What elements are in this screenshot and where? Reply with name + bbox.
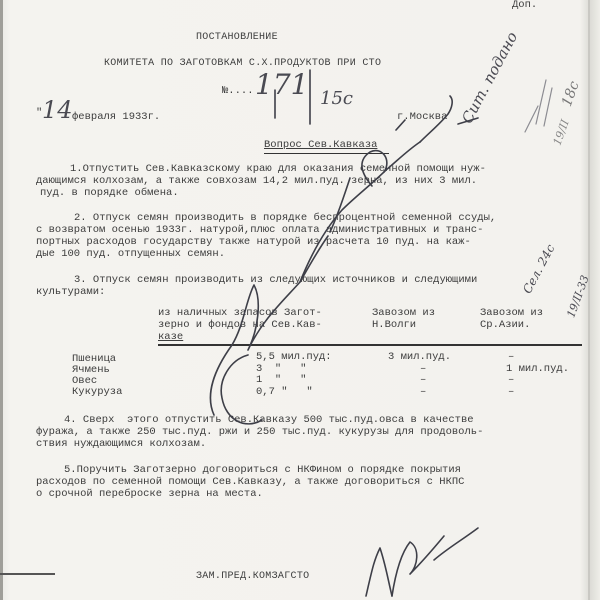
resolution-number-handwritten: 171 bbox=[255, 68, 308, 101]
page-right-fold bbox=[588, 0, 590, 600]
table-header: из наличных запасов Загот- bbox=[158, 308, 322, 319]
table-cell-asia: – bbox=[508, 387, 514, 398]
paragraph-line: дые 100 пуд. отпущенных семян. bbox=[36, 249, 225, 260]
table-header: Завозом из bbox=[372, 308, 435, 319]
paragraph-line: расходов по семенной помощи Сев.Кавказу,… bbox=[36, 477, 464, 488]
paragraph-line: культурами: bbox=[36, 287, 105, 298]
paragraph-line: 5.Поручить Заготзерно договориться с НКФ… bbox=[64, 465, 461, 476]
paragraph-line: пуд. в порядке обмена. bbox=[40, 188, 179, 199]
date-day-handwritten: 14 bbox=[42, 96, 73, 124]
paragraph-line: 2. Отпуск семян производить в порядке бе… bbox=[74, 213, 496, 224]
table-cell-local: 1 " " bbox=[256, 375, 306, 386]
date-text: февраля 1933г. bbox=[72, 112, 160, 123]
paragraph-line: ствия нуждающимся колхозам. bbox=[36, 439, 206, 450]
table-cell-crop: Кукуруза bbox=[72, 387, 122, 398]
paragraph-line: 4. Сверх этого отпустить Сев.Кавказу 500… bbox=[64, 415, 474, 426]
paragraph-line: 1.Отпустить Сев.Кавказскому краю для ока… bbox=[70, 164, 486, 175]
paragraph-line: портных расходов государству также натур… bbox=[36, 237, 471, 248]
paragraph-line: дающимся колхозам, а также совхозам 14,2… bbox=[36, 176, 477, 187]
paragraph-line: с возвратом осенью 1933г. натурой,плюс о… bbox=[36, 225, 483, 236]
table-cell-asia: – bbox=[508, 375, 514, 386]
table-cell-asia: 1 мил.пуд. bbox=[506, 364, 569, 375]
page-left-edge bbox=[0, 0, 3, 600]
handwritten-note: 18с bbox=[559, 79, 583, 109]
table-cell-volga: – bbox=[420, 375, 426, 386]
table-cell-asia: – bbox=[508, 352, 514, 363]
document-title: ПОСТАНОВЛЕНИЕ bbox=[196, 32, 278, 43]
table-cell-local: 5,5 мил.пуд: bbox=[256, 352, 332, 363]
place: г.Москва bbox=[397, 112, 447, 123]
resolution-number-suffix: 15с bbox=[320, 88, 353, 109]
table-header: Ср.Азии. bbox=[480, 320, 530, 331]
table-header: зерно и фондов на Сев.Кав- bbox=[158, 320, 322, 331]
subject-underline bbox=[264, 153, 389, 154]
table-header: Н.Волги bbox=[372, 320, 416, 331]
table-cell-volga: 3 мил.пуд. bbox=[388, 352, 451, 363]
handwritten-note: Сел. 24с bbox=[520, 242, 558, 296]
paragraph-line: 3. Отпуск семян производить из следующих… bbox=[74, 275, 477, 286]
table-header: Завозом из bbox=[480, 308, 543, 319]
table-cell-volga: – bbox=[420, 387, 426, 398]
table-header-rule bbox=[158, 344, 582, 346]
margin-dash bbox=[0, 573, 55, 575]
table-cell-local: 0,7 " " bbox=[256, 387, 313, 398]
resolution-number-prefix: №.... bbox=[222, 86, 254, 97]
subject-heading: Вопрос Сев.Кавказа bbox=[264, 140, 377, 151]
document-subtitle: КОМИТЕТА ПО ЗАГОТОВКАМ С.Х.ПРОДУКТОВ ПРИ… bbox=[104, 58, 381, 69]
signatory-position: ЗАМ.ПРЕД.КОМЗАГСТО bbox=[196, 571, 309, 582]
paragraph-line: фуража, а также 250 тыс.пуд. ржи и 250 т… bbox=[36, 427, 483, 438]
document-page: Доп. ПОСТАНОВЛЕНИЕ КОМИТЕТА ПО ЗАГОТОВКА… bbox=[0, 0, 600, 600]
table-header: казе bbox=[158, 332, 183, 343]
paragraph-line: о срочной переброске зерна на места. bbox=[36, 489, 263, 500]
handwritten-note: Сит. подано bbox=[458, 29, 521, 127]
handwritten-note: 19/II bbox=[551, 118, 572, 147]
corner-note: Доп. bbox=[512, 0, 537, 11]
